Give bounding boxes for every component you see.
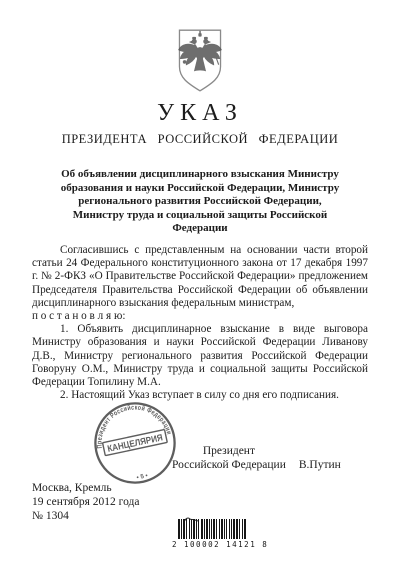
barcode-digits: 2 100002 14121 8 <box>172 540 252 549</box>
preamble-paragraph: Согласившись с представленным на основан… <box>32 244 368 310</box>
office-stamp: Президент Российской Федерации • 5 • КАН… <box>91 399 179 487</box>
issue-date: 19 сентября 2012 года <box>32 495 140 509</box>
barcode: 2 100002 14121 8 <box>172 519 252 549</box>
resolve-line: п о с т а н о в л я ю: <box>32 310 368 323</box>
issuer-heading: ПРЕЗИДЕНТА РОССИЙСКОЙ ФЕДЕРАЦИИ <box>0 132 400 147</box>
barcode-bars <box>178 519 252 539</box>
coat-of-arms-icon <box>172 27 228 100</box>
signature-block: Президент Российской Федерации В.Путин <box>172 444 341 472</box>
decree-title-line: образования и науки Российской Федерации… <box>0 182 400 196</box>
signature-office-line2: Российской Федерации <box>172 458 286 472</box>
decree-title-line: Министру труда и социальной защиты Росси… <box>0 209 400 223</box>
signature-office-title: Президент Российской Федерации <box>172 444 286 472</box>
signatory-name: В.Путин <box>299 458 341 472</box>
decree-title-line: регионального развития Российской Федера… <box>0 195 400 209</box>
decree-title-line: Федерации <box>0 222 400 236</box>
issue-block: Москва, Кремль 19 сентября 2012 года № 1… <box>32 481 140 523</box>
decree-item-2: 2. Настоящий Указ вступает в силу со дня… <box>32 389 368 402</box>
doc-type-heading: УКАЗ <box>0 100 400 127</box>
decree-document: УКАЗ ПРЕЗИДЕНТА РОССИЙСКОЙ ФЕДЕРАЦИИ Об … <box>0 0 400 565</box>
issue-place: Москва, Кремль <box>32 481 140 495</box>
decree-body: Согласившись с представленным на основан… <box>32 244 368 402</box>
decree-title: Об объявлении дисциплинарного взыскания … <box>0 168 400 236</box>
decree-title-line: Об объявлении дисциплинарного взыскания … <box>0 168 400 182</box>
decree-item-1: 1. Объявить дисциплинарное взыскание в в… <box>32 323 368 389</box>
decree-number: № 1304 <box>32 509 140 523</box>
signature-office-line1: Президент <box>172 444 286 458</box>
